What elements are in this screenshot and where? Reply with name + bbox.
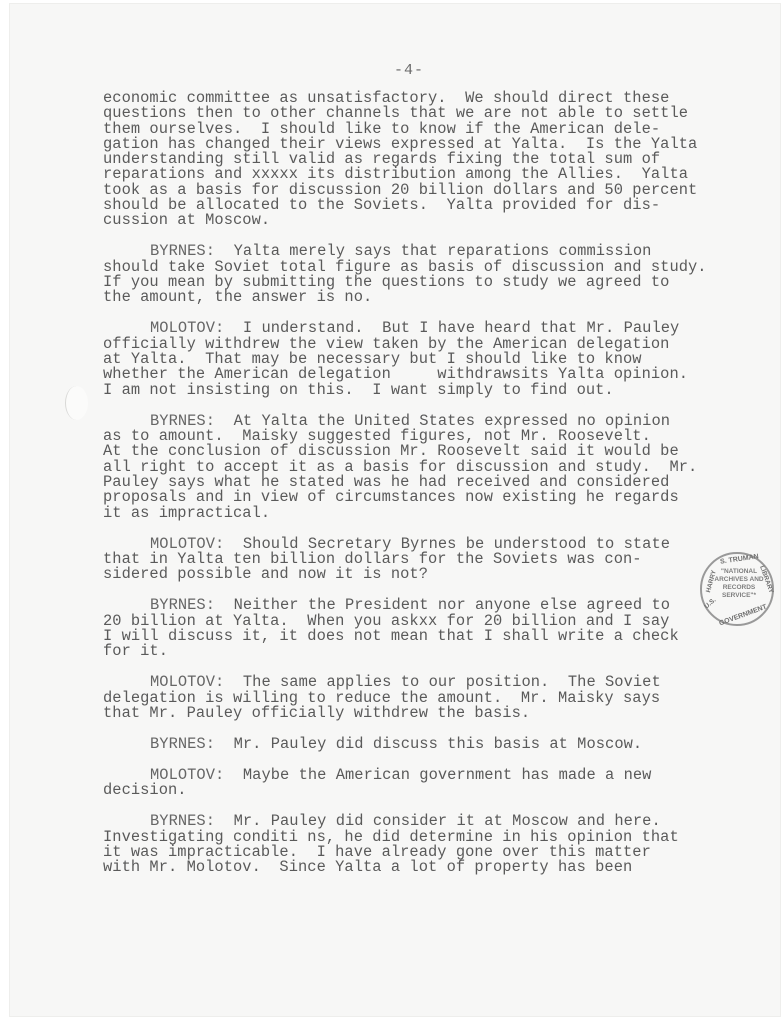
text-line: I will discuss it, it does not mean that… [103, 629, 743, 644]
line-text: that Mr. Pauley officially withdrew the … [103, 704, 530, 722]
text-line: the amount, the answer is no. [103, 290, 743, 305]
text-line: sidered possible and now it is not? [103, 567, 743, 582]
line-text: it as impractical. [103, 504, 270, 522]
line-text: cussion at Moscow. [103, 211, 270, 229]
stamp-center-text: "NATIONAL ARCHIVES AND RECORDS SERVICE"* [714, 568, 764, 600]
line-text: Maybe the American government has made a… [243, 766, 652, 784]
line-text: for it. [103, 642, 168, 660]
stamp-line: RECORDS [714, 584, 764, 592]
archive-stamp-icon: S. TRUMAN LIBRARY HARRY U.S. GOVERNMENT … [700, 552, 774, 626]
text-line: I am not insisting on this. I want simpl… [103, 383, 743, 398]
stamp-ring-top: S. TRUMAN [720, 553, 759, 565]
stamp-line: ARCHIVES AND [714, 576, 764, 584]
line-text: sidered possible and now it is not? [103, 565, 428, 583]
text-line: with Mr. Molotov. Since Yalta a lot of p… [103, 860, 743, 875]
line-text: I will discuss it, it does not mean that… [103, 627, 679, 645]
text-line: for it. [103, 644, 743, 659]
line-text: the amount, the answer is no. [103, 288, 372, 306]
line-text: Mr. Pauley did discuss this basis at Mos… [234, 735, 643, 753]
text-line: MOLOTOV: Maybe the American government h… [103, 768, 743, 783]
speaker-label: BYRNES: [150, 735, 215, 753]
stamp-line: "NATIONAL [714, 568, 764, 576]
page-number: -4- [394, 62, 424, 79]
stamp-line: SERVICE"* [714, 592, 764, 600]
line-text: decision. [103, 781, 187, 799]
text-line: that Mr. Pauley officially withdrew the … [103, 706, 743, 721]
text-line: cussion at Moscow. [103, 213, 743, 228]
punch-hole-mark [65, 386, 88, 420]
line-text: with Mr. Molotov. Since Yalta a lot of p… [103, 858, 632, 876]
document-body: economic committee as unsatisfactory. We… [103, 91, 743, 876]
text-line: decision. [103, 783, 743, 798]
text-line: BYRNES: Mr. Pauley did discuss this basi… [103, 737, 743, 752]
text-line: it as impractical. [103, 506, 743, 521]
line-text: I am not insisting on this. I want simpl… [103, 381, 614, 399]
